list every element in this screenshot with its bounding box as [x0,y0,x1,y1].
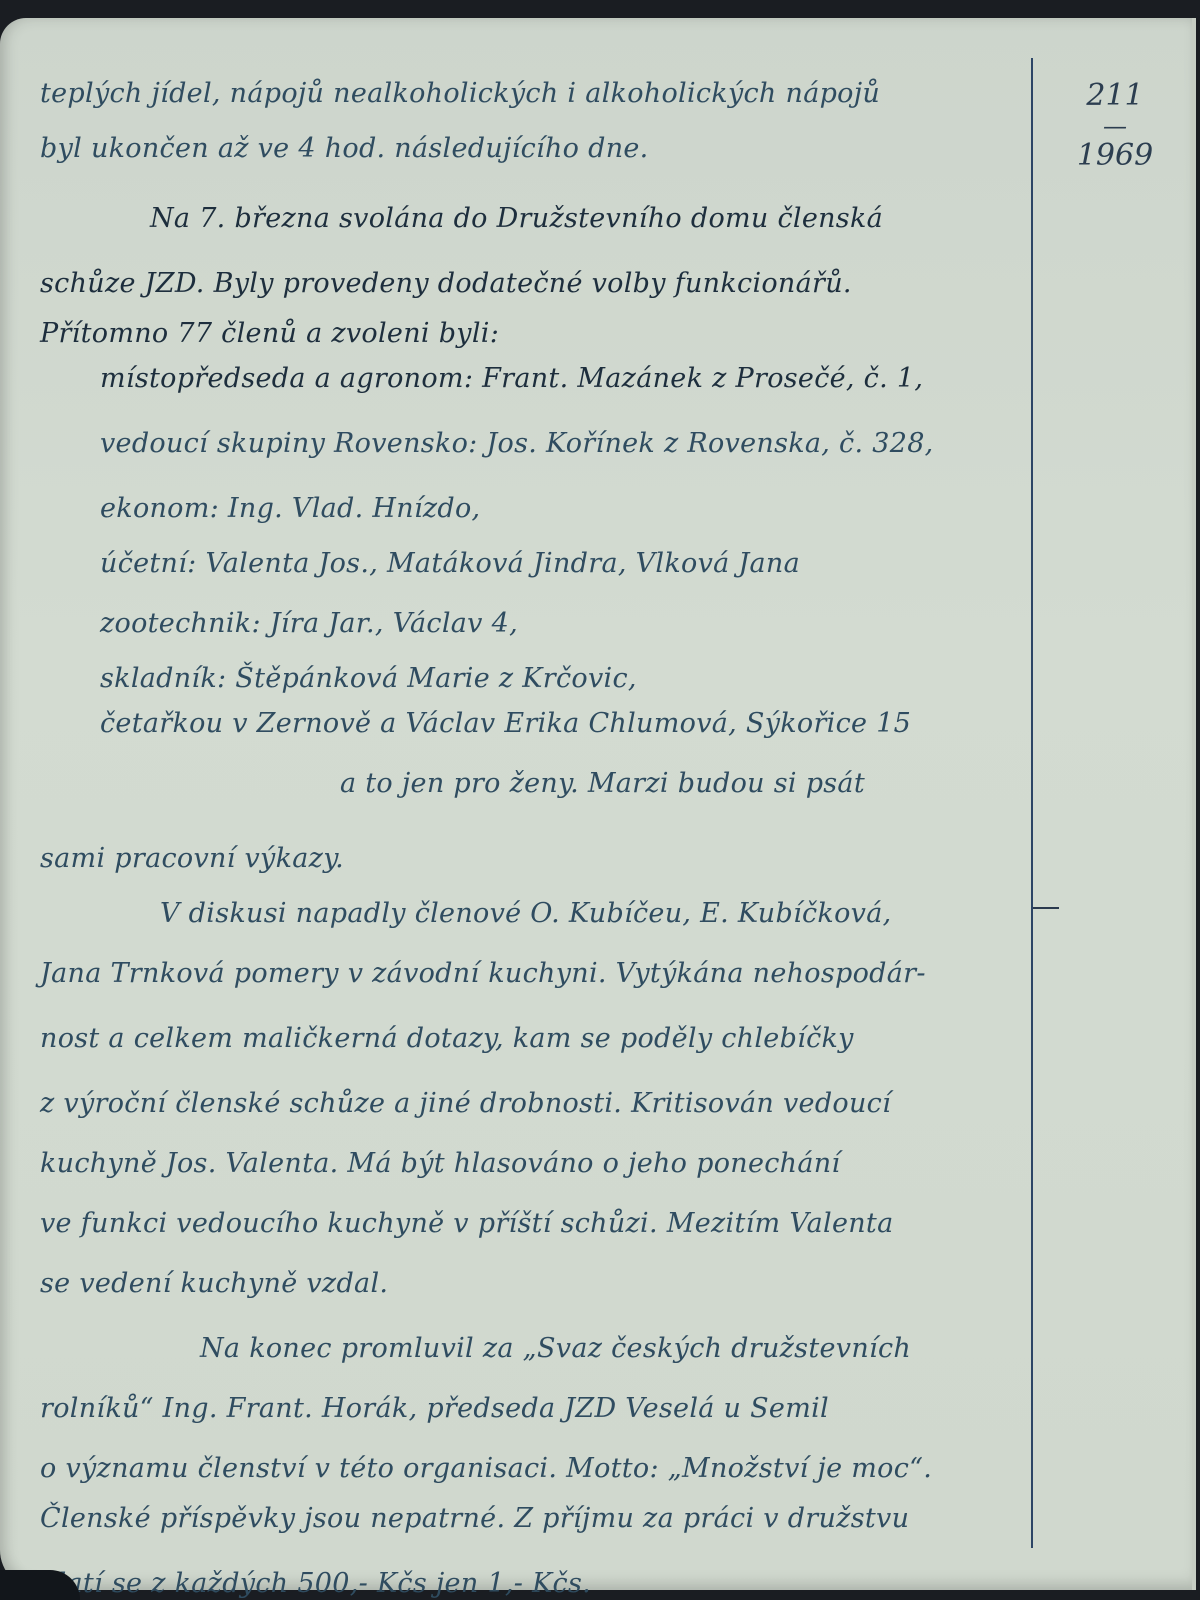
text-line: z výroční členské schůze a jiné drobnost… [40,1088,891,1119]
text-line: Na konec promluvil za „Svaz českých druž… [200,1333,911,1364]
margin-tick-mark [1033,907,1059,909]
text-line: zootechnik: Jíra Jar., Václav 4, [100,608,518,639]
text-line: V diskusi napadly členové O. Kubíčeu, E.… [160,898,892,929]
text-line: sami pracovní výkazy. [40,843,344,874]
text-line: Jana Trnková pomery v závodní kuchyni. V… [40,958,926,989]
text-line: skladník: Štěpánková Marie z Krčovic, [100,663,637,694]
margin-rule [1031,58,1033,1548]
text-line: četařkou v Zernově a Václav Erika Chlumo… [100,708,911,739]
text-line: místopředseda a agronom: Frant. Mazánek … [100,363,923,394]
page-number: 211 [1086,78,1143,113]
text-line: a to jen pro ženy. Marzi budou si psát [340,768,865,799]
text-line: platí se z každých 500,- Kčs jen 1,- Kčs… [40,1568,591,1599]
text-line: nost a celkem maličkerná dotazy, kam se … [40,1023,854,1054]
text-line: rolníků“ Ing. Frant. Horák, předseda JZD… [40,1393,829,1424]
text-line: ekonom: Ing. Vlad. Hnízdo, [100,493,480,524]
text-line: kuchyně Jos. Valenta. Má být hlasováno o… [40,1148,840,1179]
notebook-page: 211 — 1969 teplých jídel, nápojů nealkoh… [0,18,1196,1590]
folio-separator: — [1060,114,1170,138]
text-line: Přítomno 77 členů a zvoleni byli: [40,318,499,349]
text-line: se vedení kuchyně vzdal. [40,1268,388,1299]
text-line: účetní: Valenta Jos., Matáková Jindra, V… [100,548,800,579]
text-line: ve funkci vedoucího kuchyně v příští sch… [40,1208,893,1239]
page-edge [1192,18,1196,1590]
text-line: teplých jídel, nápojů nealkoholických i … [40,78,880,109]
text-line: o významu členství v této organisaci. Mo… [40,1453,932,1484]
year: 1969 [1077,138,1153,173]
text-line: schůze JZD. Byly provedeny dodatečné vol… [40,268,852,299]
text-line: Na 7. března svolána do Družstevního dom… [150,203,883,234]
text-line: Členské příspěvky jsou nepatrné. Z příjm… [40,1503,909,1534]
text-line: byl ukončen až ve 4 hod. následujícího d… [40,133,649,164]
folio-block: 211 — 1969 [1060,78,1170,174]
text-line: vedoucí skupiny Rovensko: Jos. Kořínek z… [100,428,934,459]
